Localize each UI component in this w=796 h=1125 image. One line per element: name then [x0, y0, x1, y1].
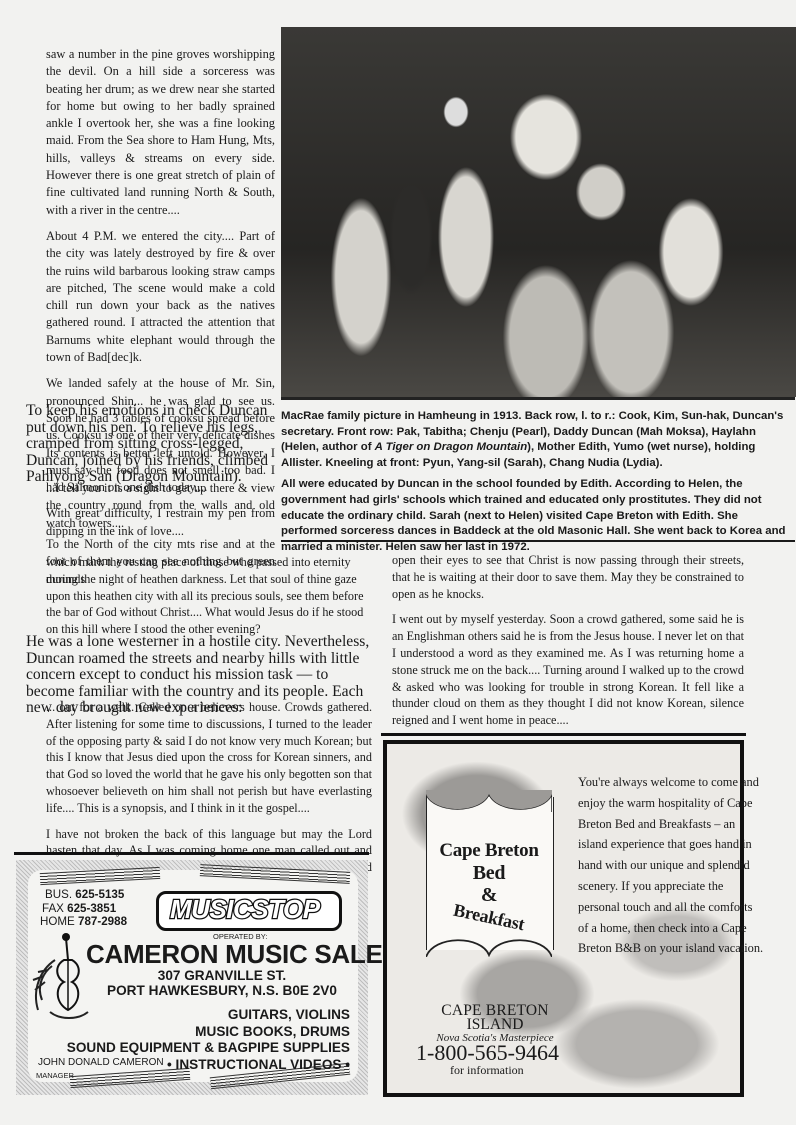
narration-paragraph: To keep his emotions in check Duncan put…: [26, 403, 276, 486]
caption-paragraph-1: MacRae family picture in Hamheung in 191…: [281, 409, 795, 471]
excerpt-paragraph: open their eyes to see that Christ is no…: [392, 552, 744, 602]
journal-excerpt-mid: ...I tell you it is a sight to get up th…: [46, 480, 275, 541]
sign-scallop-bottom: [426, 935, 552, 957]
bus-phone: BUS. 625-5135: [45, 888, 127, 902]
toll-free-number: 1-800-565-9464: [416, 1042, 559, 1064]
caption-paragraph-2: All were educated by Duncan in the schoo…: [281, 477, 795, 555]
excerpt-paragraph: ... out for a walk. Called on a believer…: [46, 699, 372, 817]
ad-top-rule: [14, 852, 369, 855]
store-address: 307 GRANVILLE ST. PORT HAWKESBURY, N.S. …: [92, 968, 352, 998]
phone-numbers: BUS. 625-5135 FAX 625-3851 HOME 787-2988: [45, 888, 127, 929]
musicstop-logo: MUSICSTOP: [170, 894, 320, 925]
fax-number: FAX 625-3851: [42, 902, 127, 916]
excerpt-paragraph: which mark the resting place of those wh…: [46, 554, 372, 638]
book-title: A Tiger on Dragon Mountain: [375, 441, 528, 453]
photo-caption: MacRae family picture in Hamheung in 191…: [281, 409, 795, 561]
manager-name: JOHN DONALD CAMERON: [38, 1057, 164, 1068]
business-name: CAMERON MUSIC SALES: [86, 939, 400, 970]
sign-text: Cape Breton Bed & Breakfast: [426, 840, 552, 928]
journal-excerpt-mid-3: which mark the resting place of those wh…: [46, 554, 372, 638]
manager-title: MANAGER: [36, 1071, 74, 1080]
excerpt-paragraph: About 4 P.M. we entered the city.... Par…: [46, 228, 275, 366]
family-photograph: [281, 27, 796, 397]
excerpt-paragraph: saw a number in the pine groves worshipp…: [46, 46, 275, 219]
home-phone: HOME 787-2988: [40, 915, 127, 929]
ad-top-rule: [381, 733, 746, 736]
sign-scallop-top: [426, 790, 552, 812]
excerpt-paragraph: ...I tell you it is a sight to get up th…: [46, 480, 275, 532]
caption-rule: [281, 540, 795, 542]
photo-rule: [281, 397, 795, 400]
phone-subtitle: for information: [450, 1063, 524, 1078]
ad-copy: You're always welcome to come and enjoy …: [578, 772, 764, 959]
excerpt-paragraph: I went out by myself yesterday. Soon a c…: [392, 611, 744, 729]
cape-breton-island-logo: CAPE BRETON ISLAND Nova Scotia's Masterp…: [425, 1003, 565, 1044]
